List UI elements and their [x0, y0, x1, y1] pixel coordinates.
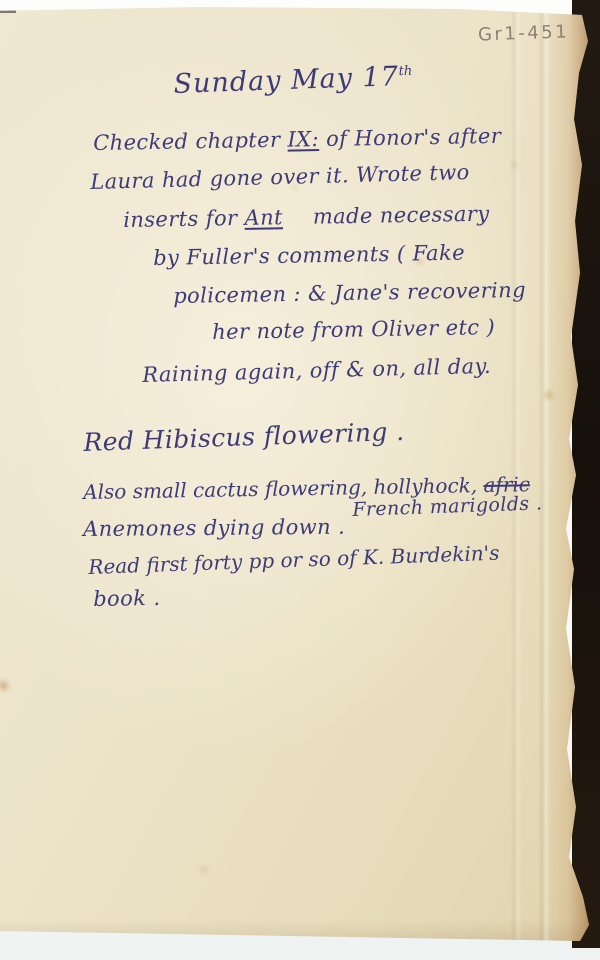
line-text: inserts for — [123, 206, 245, 232]
foxing-stain — [195, 865, 213, 875]
diary-line-4: by Fuller's comments ( Fake — [153, 241, 465, 270]
entry-date-ordinal: th — [398, 64, 412, 79]
diary-line-11: Anemones dying down . — [83, 515, 345, 541]
line-text: of Honor's after — [319, 124, 502, 151]
diary-line-7: Raining again, off & on, all day. — [142, 354, 491, 387]
diary-line-12: Read first forty pp or so of K. Burdekin… — [88, 541, 500, 579]
bottom-edge-shading — [0, 919, 592, 945]
scan-corner-artifact — [0, 7, 16, 13]
underlined-book-title: Ant — [244, 205, 283, 230]
foxing-stain — [510, 161, 519, 169]
diary-line-5: policemen : & Jane's recovering — [173, 278, 526, 308]
diary-line-2: Laura had gone over it. Wrote two — [90, 160, 470, 194]
line-text: made necessary — [313, 202, 490, 229]
line-text: Checked chapter — [93, 128, 288, 155]
entry-date-heading: Sunday May 17th — [173, 61, 413, 100]
diary-line-6: her note from Oliver etc ) — [212, 315, 495, 344]
diary-line-3: inserts for Antmade necessary — [123, 202, 490, 232]
diary-line-8: Red Hibiscus flowering . — [83, 417, 405, 457]
foxing-stain — [0, 679, 11, 692]
archive-number: Gr1-451 — [478, 21, 570, 45]
diary-paper-leaf: Gr1-451 Sunday May 17th Checked chapter … — [0, 7, 592, 945]
diary-line-1: Checked chapter IX: of Honor's after — [93, 124, 501, 155]
scanned-diary-page: Gr1-451 Sunday May 17th Checked chapter … — [0, 0, 600, 960]
entry-date-text: Sunday May 17 — [173, 61, 399, 100]
diary-line-13: book . — [93, 586, 161, 611]
underlined-roman-numeral: IX: — [287, 127, 319, 152]
